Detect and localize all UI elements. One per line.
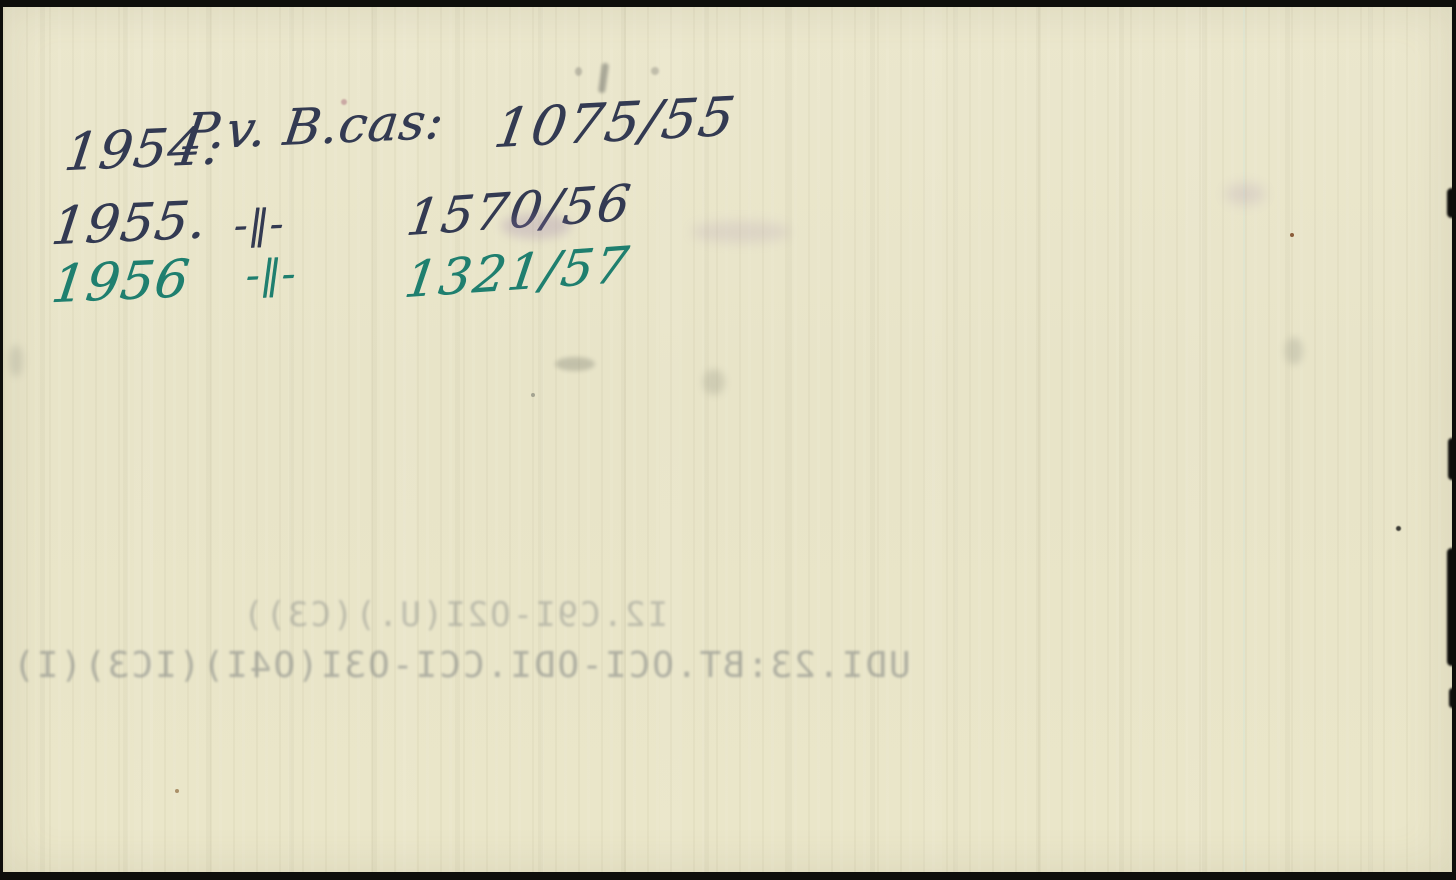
pencil-tick-mark bbox=[598, 63, 609, 94]
gray-smudge bbox=[9, 345, 23, 377]
faint-dot bbox=[651, 67, 659, 75]
scan-edge-left bbox=[0, 0, 3, 880]
gray-smudge bbox=[555, 357, 595, 371]
bleed-through-line-2: UDI.23:BT.OCI-ODI.CCI-O3I(O4I)(IC3)(I) bbox=[11, 645, 911, 686]
entry-1956-ditto-mark: -‖- bbox=[243, 251, 299, 299]
entry-1956-year: 1956 bbox=[48, 249, 193, 315]
scan-background: 1954. P.v. B.cas: 1075/55 1955. -‖- 1570… bbox=[0, 0, 1456, 880]
purple-ink-stain bbox=[501, 213, 571, 239]
scan-edge-top bbox=[0, 0, 1456, 7]
scan-edge-blob bbox=[1449, 688, 1456, 708]
gray-speck bbox=[531, 393, 535, 397]
entry-1954-reference: P.v. B.cas: bbox=[181, 92, 448, 161]
entry-1956-number: 1321/57 bbox=[401, 236, 634, 309]
gray-smudge bbox=[1285, 337, 1303, 365]
gray-smudge bbox=[703, 369, 725, 395]
entry-1954-number: 1075/55 bbox=[490, 85, 741, 160]
scan-edge-blob bbox=[1448, 438, 1456, 480]
brown-speck bbox=[175, 789, 179, 793]
bleed-through-line-1: I2.C9I-O2I(U.)(C3)) bbox=[241, 595, 668, 635]
dark-speck bbox=[1396, 526, 1401, 531]
brown-speck bbox=[1290, 233, 1294, 237]
entry-1955-year: 1955. bbox=[48, 190, 211, 257]
scanner-striation-line bbox=[1243, 7, 1245, 872]
index-card: 1954. P.v. B.cas: 1075/55 1955. -‖- 1570… bbox=[3, 7, 1452, 872]
entry-1955-ditto-mark: -‖- bbox=[231, 201, 287, 249]
faint-dot bbox=[575, 67, 582, 76]
scan-edge-blob bbox=[1447, 548, 1456, 666]
scan-edge-blob bbox=[1447, 188, 1456, 218]
purple-ink-stain bbox=[1225, 183, 1265, 205]
scan-edge-bottom bbox=[0, 872, 1456, 880]
purple-ink-stain bbox=[691, 221, 791, 243]
pink-speck bbox=[341, 99, 347, 105]
